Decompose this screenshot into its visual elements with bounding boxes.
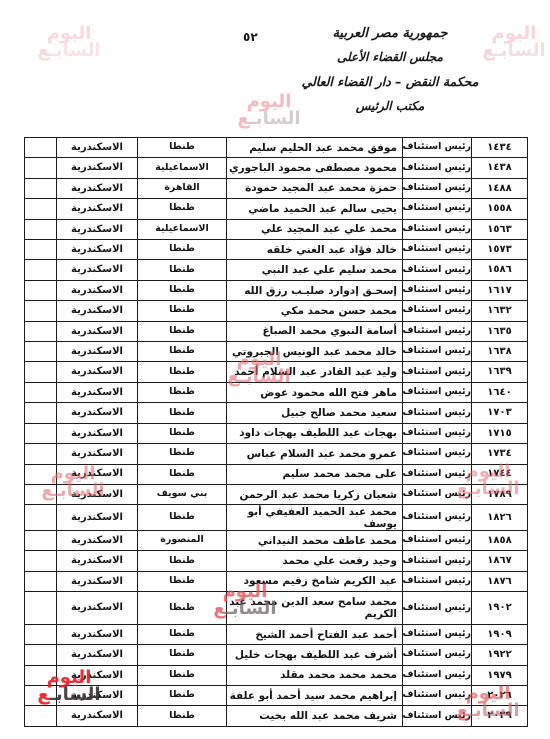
cell-empty <box>25 260 57 280</box>
cell-region: الاسكندرية <box>57 464 138 484</box>
cell-city: الاسماعيلية <box>138 158 227 178</box>
cell-empty <box>25 362 57 382</box>
cell-region: الاسكندرية <box>57 624 138 644</box>
cell-empty <box>25 706 57 727</box>
table-row: ١٦٣٩رئيس استئنافوليد عبد القادر عبد السل… <box>25 362 528 382</box>
table-row: ١٨٧٦رئيس استئنافعبد الكريم شامخ زقيم مسع… <box>25 571 528 591</box>
table-row: ١٦١٧رئيس استئنافإسحـق إدوارد صليـب رزق ا… <box>25 280 528 300</box>
cell-city: طنطا <box>138 342 227 362</box>
cell-name: محمد حسن محمد مكي <box>227 301 403 321</box>
cell-empty <box>25 624 57 644</box>
cell-name: حمزة محمد عبد المجيد حمودة <box>227 178 403 198</box>
cell-job-title: رئيس استئناف <box>403 240 472 260</box>
cell-name: أشرف عبد اللطيف بهجات خليل <box>227 645 403 665</box>
cell-name: محمد سليم علي عبد النبي <box>227 260 403 280</box>
cell-seq-number: ١٥٥٨ <box>472 199 528 219</box>
cell-seq-number: ١٨٢٦ <box>472 505 528 531</box>
cell-region: الاسكندرية <box>57 530 138 550</box>
table-row: ٢٠٢٦رئيس استئنافإبراهيم محمد سيد أحمد أب… <box>25 686 528 706</box>
cell-region: الاسكندرية <box>57 199 138 219</box>
cell-city: طنطا <box>138 645 227 665</box>
cell-empty <box>25 505 57 531</box>
cell-region: الاسكندرية <box>57 280 138 300</box>
cell-city: الاسماعيلية <box>138 219 227 239</box>
cell-job-title: رئيس استئناف <box>403 571 472 591</box>
cell-seq-number: ١٩٧٩ <box>472 665 528 685</box>
cell-name: يحيى سالم عبد الحميد ماضي <box>227 199 403 219</box>
cell-empty <box>25 321 57 341</box>
cell-region: الاسكندرية <box>57 178 138 198</box>
table-row: ١٦٤٠رئيس استئنافماهر فتح الله محمود عوضط… <box>25 382 528 402</box>
cell-name: خالد محمد عبد الونيس الجبروتي <box>227 342 403 362</box>
cell-empty <box>25 571 57 591</box>
table-row: ١٦٣٥رئيس استئنافأسامة النبوي محمد الصباغ… <box>25 321 528 341</box>
table-row: ١٩٠٢رئيس استئنافمحمد سامح سعد الدين محمد… <box>25 592 528 625</box>
table-row: ١٧٤٤رئيس استئنافعلى محمد محمد سليمطنطاال… <box>25 464 528 484</box>
table-row: ١٩٢٢رئيس استئنافأشرف عبد اللطيف بهجات خل… <box>25 645 528 665</box>
cell-seq-number: ١٥٧٣ <box>472 240 528 260</box>
cell-job-title: رئيس استئناف <box>403 444 472 464</box>
document-header: جمهورية مصر العربية مجلس القضاء الأعلى م… <box>290 26 490 113</box>
cell-city: طنطا <box>138 382 227 402</box>
cell-name: عبد الكريم شامخ زقيم مسعود <box>227 571 403 591</box>
cell-name: موفق محمد عبد الحليم سليم <box>227 138 403 158</box>
cell-empty <box>25 530 57 550</box>
cell-city: طنطا <box>138 505 227 531</box>
cell-seq-number: ١٩٠٢ <box>472 592 528 625</box>
cell-region: الاسكندرية <box>57 138 138 158</box>
cell-name: إبراهيم محمد سيد أحمد أبو علفة <box>227 686 403 706</box>
cell-region: الاسكندرية <box>57 686 138 706</box>
cell-name: إسحـق إدوارد صليـب رزق الله <box>227 280 403 300</box>
table-row: ١٦٣٨رئيس استئنافخالد محمد عبد الونيس الج… <box>25 342 528 362</box>
cell-region: الاسكندرية <box>57 403 138 423</box>
cell-name: شريف محمد عبد الله بخيت <box>227 706 403 727</box>
cell-name: محمد عاطف محمد النيداني <box>227 530 403 550</box>
cell-seq-number: ١٧٣٤ <box>472 444 528 464</box>
cell-name: وليد عبد القادر عبد السلام أحمد <box>227 362 403 382</box>
cell-city: طنطا <box>138 321 227 341</box>
cell-seq-number: ١٧٨٩ <box>472 484 528 504</box>
cell-seq-number: ١٥٦٣ <box>472 219 528 239</box>
cell-region: الاسكندرية <box>57 444 138 464</box>
cell-region: الاسكندرية <box>57 706 138 727</box>
cell-empty <box>25 280 57 300</box>
cell-city: طنطا <box>138 592 227 625</box>
cell-job-title: رئيس استئناف <box>403 158 472 178</box>
cell-region: الاسكندرية <box>57 551 138 571</box>
cell-job-title: رئيس استئناف <box>403 551 472 571</box>
cell-empty <box>25 240 57 260</box>
cell-city: طنطا <box>138 301 227 321</box>
cell-region: الاسكندرية <box>57 592 138 625</box>
header-country-line: جمهورية مصر العربية <box>290 26 490 41</box>
cell-job-title: رئيس استئناف <box>403 199 472 219</box>
cell-name: سعيد محمد صالح جبيل <box>227 403 403 423</box>
cell-empty <box>25 178 57 198</box>
table-row: ١٧٠٣رئيس استئنافسعيد محمد صالح جبيلطنطاا… <box>25 403 528 423</box>
cell-region: الاسكندرية <box>57 665 138 685</box>
table-row: ١٨٦٧رئيس استئنافوحيد رفعت علي محمدطنطاال… <box>25 551 528 571</box>
cell-job-title: رئيس استئناف <box>403 665 472 685</box>
cell-empty <box>25 686 57 706</box>
cell-seq-number: ١٦٣٥ <box>472 321 528 341</box>
table-row: ٢٠٣٩رئيس استئنافشريف محمد عبد الله بخيتط… <box>25 706 528 727</box>
cell-region: الاسكندرية <box>57 342 138 362</box>
cell-name: ماهر فتح الله محمود عوض <box>227 382 403 402</box>
cell-seq-number: ٢٠٢٦ <box>472 686 528 706</box>
cell-city: طنطا <box>138 444 227 464</box>
cell-job-title: رئيس استئناف <box>403 342 472 362</box>
cell-name: أسامة النبوي محمد الصباغ <box>227 321 403 341</box>
header-council-line: مجلس القضاء الأعلى <box>290 50 490 64</box>
cell-empty <box>25 444 57 464</box>
table-row: ١٩٠٩رئيس استئنافأحمد عبد الفتاح أحمد الش… <box>25 624 528 644</box>
cell-region: الاسكندرية <box>57 321 138 341</box>
cell-region: الاسكندرية <box>57 301 138 321</box>
cell-empty <box>25 342 57 362</box>
cell-empty <box>25 423 57 443</box>
cell-city: طنطا <box>138 665 227 685</box>
table-row: ١٨٥٨رئيس استئنافمحمد عاطف محمد النيدانيا… <box>25 530 528 550</box>
judges-roster-table: ١٤٣٤رئيس استئنافموفق محمد عبد الحليم سلي… <box>24 137 528 727</box>
cell-job-title: رئيس استئناف <box>403 178 472 198</box>
cell-seq-number: ١٨٦٧ <box>472 551 528 571</box>
cell-city: طنطا <box>138 464 227 484</box>
cell-name: أحمد عبد الفتاح أحمد الشيخ <box>227 624 403 644</box>
cell-job-title: رئيس استئناف <box>403 484 472 504</box>
table-row: ١٧٣٤رئيس استئنافعمرو محمد عبد السلام عبا… <box>25 444 528 464</box>
table-row: ١٧١٥رئيس استئنافبهجات عبد اللطيف بهجات د… <box>25 423 528 443</box>
cell-name: شعبان زكريا محمد عبد الرحمن <box>227 484 403 504</box>
cell-job-title: رئيس استئناف <box>403 138 472 158</box>
header-court-line: محكمة النقض – دار القضاء العالي <box>290 74 490 89</box>
page-number: ٥٢ <box>243 30 258 44</box>
cell-name: عمرو محمد عبد السلام عباس <box>227 444 403 464</box>
cell-empty <box>25 484 57 504</box>
cell-seq-number: ١٩٠٩ <box>472 624 528 644</box>
table-row: ١٥٥٨رئيس استئنافيحيى سالم عبد الحميد ماض… <box>25 199 528 219</box>
cell-job-title: رئيس استئناف <box>403 706 472 727</box>
cell-job-title: رئيس استئناف <box>403 260 472 280</box>
cell-job-title: رئيس استئناف <box>403 382 472 402</box>
table-row: ١٦٣٢رئيس استئنافمحمد حسن محمد مكيطنطاالا… <box>25 301 528 321</box>
cell-city: القاهرة <box>138 178 227 198</box>
scanned-document-page: { "document": { "page_number": "٥٢", "he… <box>0 0 550 739</box>
cell-name: محمد علي عبد المجيد علي <box>227 219 403 239</box>
cell-city: طنطا <box>138 403 227 423</box>
header-office-line: مكتب الرئيس <box>290 99 490 113</box>
table-row: ١٥٨٦رئيس استئنافمحمد سليم علي عبد النبيط… <box>25 260 528 280</box>
cell-name: محمود مصطفى محمود الباجوري <box>227 158 403 178</box>
cell-region: الاسكندرية <box>57 240 138 260</box>
cell-seq-number: ١٧١٥ <box>472 423 528 443</box>
cell-job-title: رئيس استئناف <box>403 321 472 341</box>
cell-job-title: رئيس استئناف <box>403 464 472 484</box>
cell-seq-number: ١٧٤٤ <box>472 464 528 484</box>
cell-empty <box>25 199 57 219</box>
cell-seq-number: ١٤٨٨ <box>472 178 528 198</box>
cell-empty <box>25 551 57 571</box>
cell-seq-number: ١٤٣٨ <box>472 158 528 178</box>
cell-region: الاسكندرية <box>57 505 138 531</box>
cell-region: الاسكندرية <box>57 158 138 178</box>
cell-job-title: رئيس استئناف <box>403 505 472 531</box>
cell-empty <box>25 464 57 484</box>
cell-job-title: رئيس استئناف <box>403 624 472 644</box>
cell-seq-number: ١٧٠٣ <box>472 403 528 423</box>
cell-seq-number: ١٦٣٢ <box>472 301 528 321</box>
cell-region: الاسكندرية <box>57 362 138 382</box>
cell-job-title: رئيس استئناف <box>403 592 472 625</box>
table-row: ١٤٨٨رئيس استئنافحمزة محمد عبد المجيد حمو… <box>25 178 528 198</box>
cell-seq-number: ١٨٥٨ <box>472 530 528 550</box>
cell-seq-number: ١٦١٧ <box>472 280 528 300</box>
cell-job-title: رئيس استئناف <box>403 362 472 382</box>
cell-city: طنطا <box>138 362 227 382</box>
cell-region: الاسكندرية <box>57 219 138 239</box>
cell-empty <box>25 219 57 239</box>
table-row: ١٥٦٣رئيس استئنافمحمد علي عبد المجيد عليا… <box>25 219 528 239</box>
table-row: ١٥٧٣رئيس استئنافخالد فؤاد عبد الغني خلقه… <box>25 240 528 260</box>
cell-job-title: رئيس استئناف <box>403 530 472 550</box>
cell-seq-number: ١٦٣٩ <box>472 362 528 382</box>
cell-name: محمد عبد الحميد العفيفي أبو يوسف <box>227 505 403 531</box>
cell-empty <box>25 403 57 423</box>
cell-empty <box>25 592 57 625</box>
cell-job-title: رئيس استئناف <box>403 219 472 239</box>
cell-city: طنطا <box>138 686 227 706</box>
cell-region: الاسكندرية <box>57 645 138 665</box>
cell-name: وحيد رفعت علي محمد <box>227 551 403 571</box>
cell-seq-number: ١٩٢٢ <box>472 645 528 665</box>
cell-name: بهجات عبد اللطيف بهجات داود <box>227 423 403 443</box>
cell-empty <box>25 138 57 158</box>
cell-empty <box>25 382 57 402</box>
table-row: ١٩٧٩رئيس استئنافمحمد محمد محمد مقلدطنطاا… <box>25 665 528 685</box>
cell-empty <box>25 665 57 685</box>
cell-city: طنطا <box>138 551 227 571</box>
cell-job-title: رئيس استئناف <box>403 686 472 706</box>
cell-region: الاسكندرية <box>57 382 138 402</box>
cell-region: الاسكندرية <box>57 571 138 591</box>
cell-city: طنطا <box>138 423 227 443</box>
cell-city: طنطا <box>138 280 227 300</box>
cell-city: طنطا <box>138 240 227 260</box>
cell-seq-number: ١٨٧٦ <box>472 571 528 591</box>
cell-city: طنطا <box>138 624 227 644</box>
cell-job-title: رئيس استئناف <box>403 403 472 423</box>
cell-job-title: رئيس استئناف <box>403 423 472 443</box>
cell-city: المنصورة <box>138 530 227 550</box>
cell-name: خالد فؤاد عبد الغني خلقه <box>227 240 403 260</box>
cell-seq-number: ١٦٤٠ <box>472 382 528 402</box>
cell-name: محمد سامح سعد الدين محمد عبد الكريم <box>227 592 403 625</box>
youm7-logo-watermark: اليومالسابـع <box>36 26 102 59</box>
cell-job-title: رئيس استئناف <box>403 301 472 321</box>
cell-seq-number: ١٥٨٦ <box>472 260 528 280</box>
youm7-logo-watermark: اليومالسابـع <box>481 26 547 59</box>
cell-seq-number: ١٤٣٤ <box>472 138 528 158</box>
cell-city: بني سويف <box>138 484 227 504</box>
cell-region: الاسكندرية <box>57 484 138 504</box>
cell-name: على محمد محمد سليم <box>227 464 403 484</box>
cell-name: محمد محمد محمد مقلد <box>227 665 403 685</box>
cell-empty <box>25 645 57 665</box>
table-row: ١٤٣٤رئيس استئنافموفق محمد عبد الحليم سلي… <box>25 138 528 158</box>
cell-empty <box>25 301 57 321</box>
table-row: ١٧٨٩رئيس استئنافشعبان زكريا محمد عبد الر… <box>25 484 528 504</box>
cell-city: طنطا <box>138 571 227 591</box>
cell-job-title: رئيس استئناف <box>403 280 472 300</box>
cell-region: الاسكندرية <box>57 423 138 443</box>
cell-city: طنطا <box>138 260 227 280</box>
cell-region: الاسكندرية <box>57 260 138 280</box>
cell-empty <box>25 158 57 178</box>
cell-job-title: رئيس استئناف <box>403 645 472 665</box>
cell-seq-number: ١٦٣٨ <box>472 342 528 362</box>
cell-city: طنطا <box>138 706 227 727</box>
table-row: ١٤٣٨رئيس استئنافمحمود مصطفى محمود الباجو… <box>25 158 528 178</box>
table-row: ١٨٢٦رئيس استئنافمحمد عبد الحميد العفيفي … <box>25 505 528 531</box>
cell-seq-number: ٢٠٣٩ <box>472 706 528 727</box>
cell-city: طنطا <box>138 199 227 219</box>
cell-city: طنطا <box>138 138 227 158</box>
